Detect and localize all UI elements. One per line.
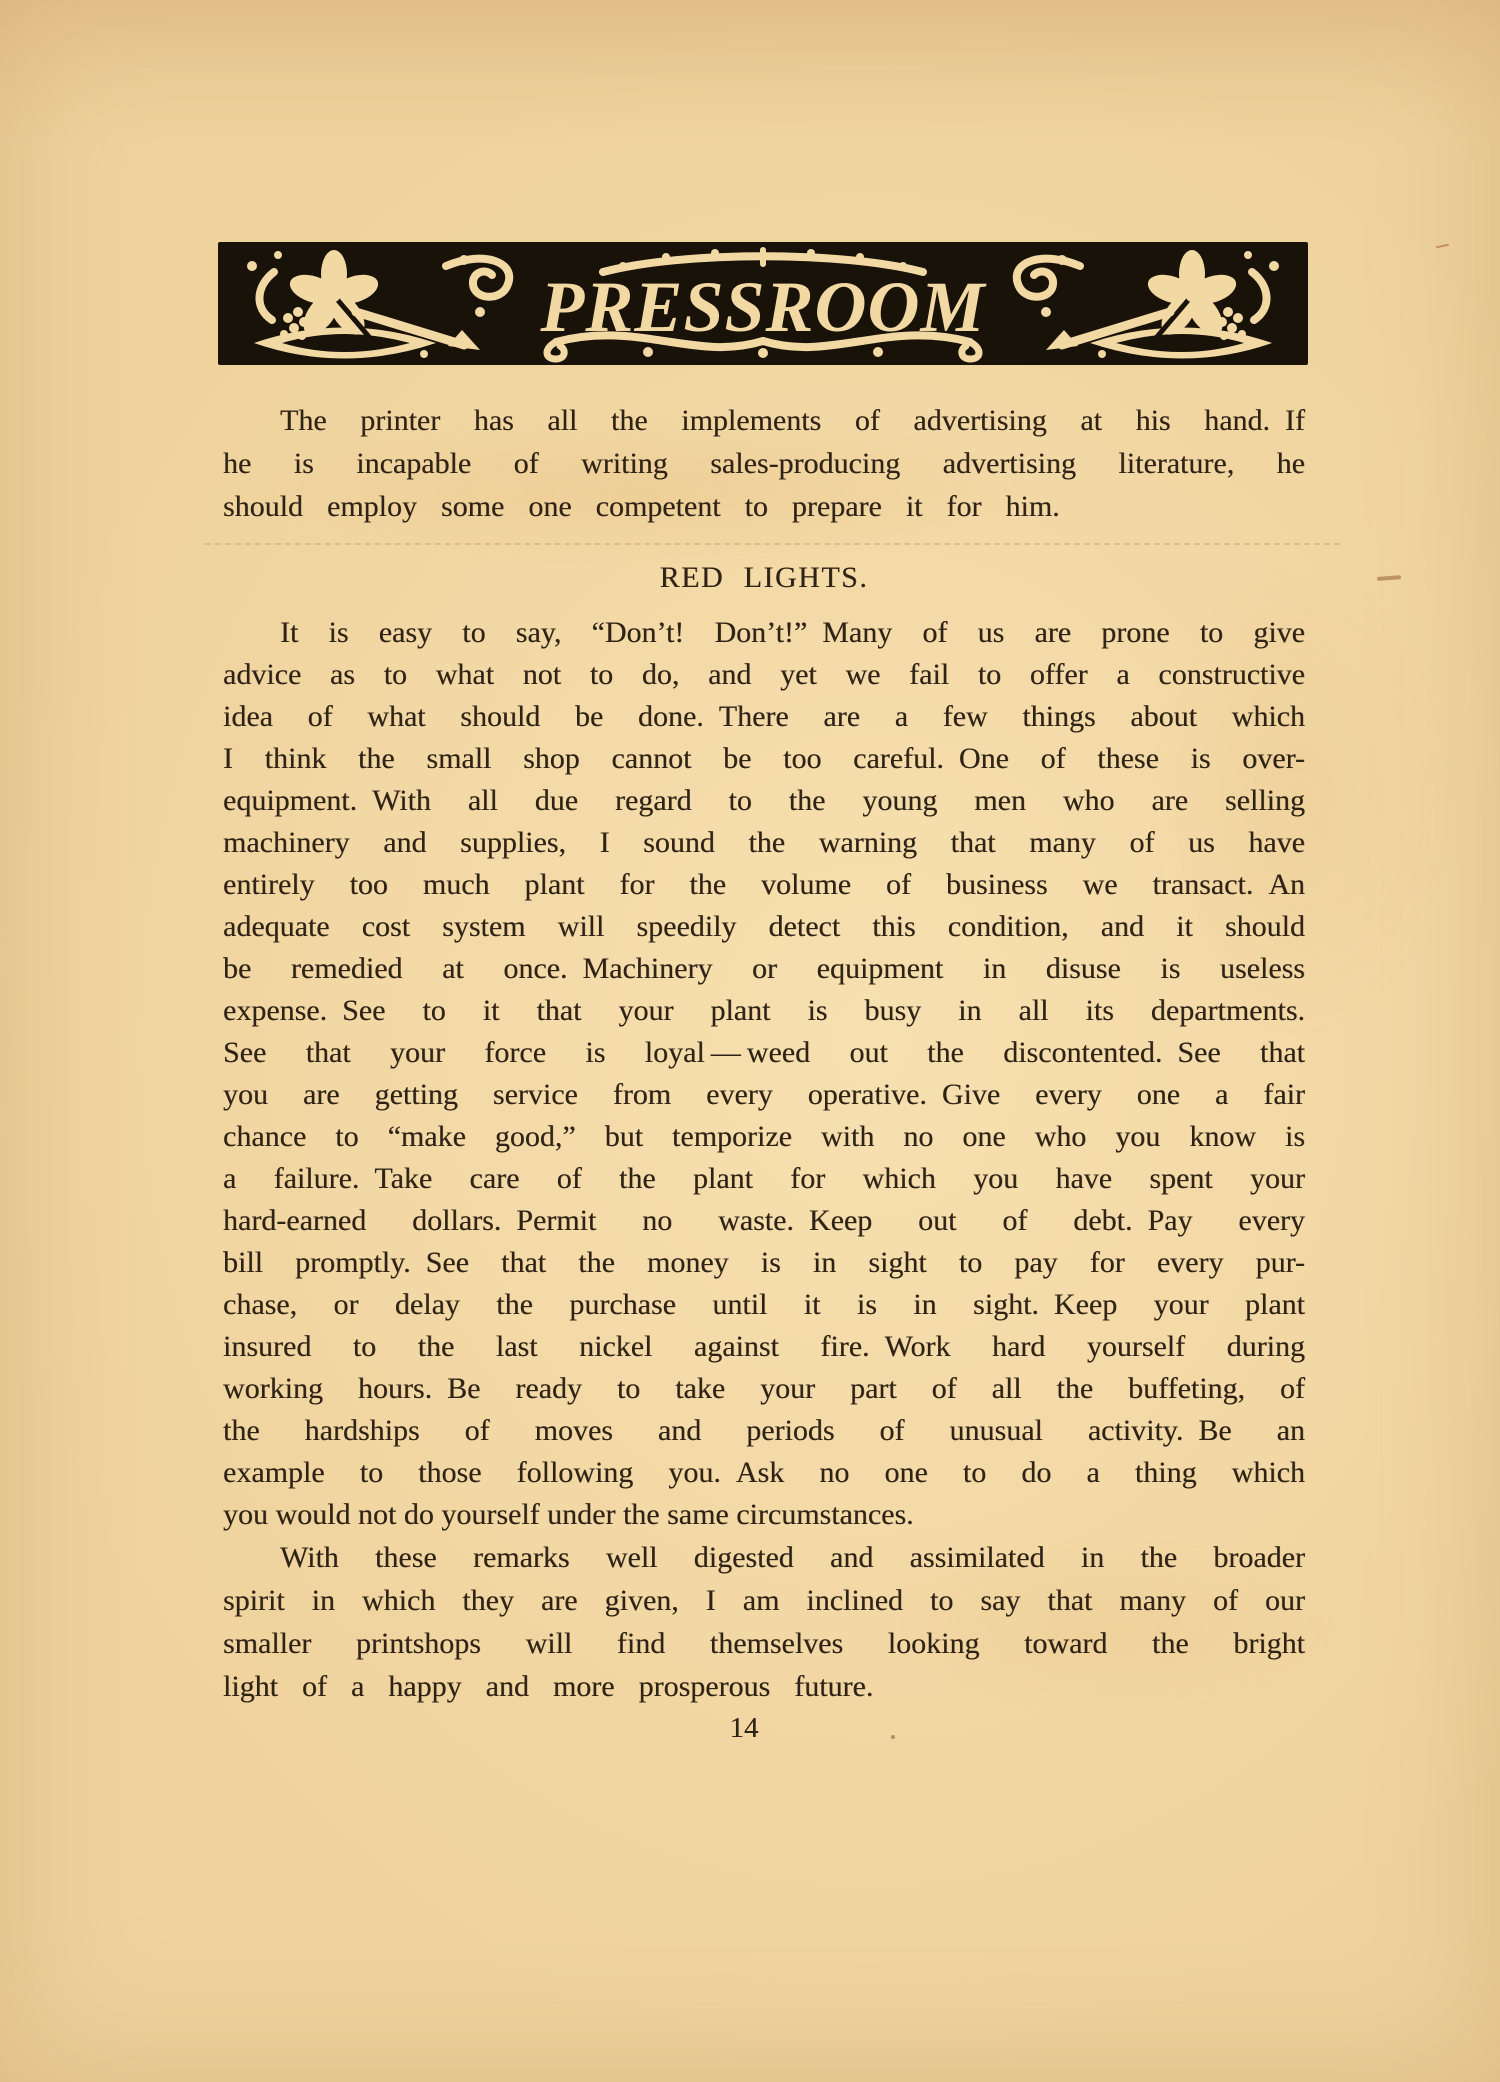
scan-artifact-line <box>205 543 1340 545</box>
pressroom-header-banner: PRESSROOM <box>218 242 1308 365</box>
closing-paragraph: With these remarks well digested and ass… <box>223 1536 1305 1708</box>
text-line: should employ some one competent to prep… <box>223 485 1305 528</box>
text-line: I think the small shop cannot be too car… <box>223 738 1305 780</box>
text-line: you are getting service from every opera… <box>223 1074 1305 1116</box>
text-line: equipment. With all due regard to the yo… <box>223 780 1305 822</box>
text-line: machinery and supplies, I sound the warn… <box>223 822 1305 864</box>
text-line: be remedied at once. Machinery or equipm… <box>223 948 1305 990</box>
red-lights-paragraph: It is easy to say, “Don’t! Don’t!” Many … <box>223 612 1305 1536</box>
text-line: spirit in which they are given, I am inc… <box>223 1579 1305 1622</box>
text-line: hard-earned dollars. Permit no waste. Ke… <box>223 1200 1305 1242</box>
text-line: a failure. Take care of the plant for wh… <box>223 1158 1305 1200</box>
text-line: light of a happy and more prosperous fut… <box>223 1665 1305 1708</box>
scan-artifact-mark <box>1377 575 1401 581</box>
text-line: chance to “make good,” but temporize wit… <box>223 1116 1305 1158</box>
banner-artwork: PRESSROOM <box>218 242 1308 365</box>
text-line: you would not do yourself under the same… <box>223 1494 1305 1536</box>
banner-title: PRESSROOM <box>539 267 987 347</box>
text-line: adequate cost system will speedily detec… <box>223 906 1305 948</box>
text-line: insured to the last nickel against fire.… <box>223 1326 1305 1368</box>
text-line: expense. See to it that your plant is bu… <box>223 990 1305 1032</box>
scanned-page: PRESSROOM The printer has all the implem… <box>0 0 1500 2082</box>
text-line: working hours. Be ready to take your par… <box>223 1368 1305 1410</box>
text-line: See that your force is loyal — weed out … <box>223 1032 1305 1074</box>
scan-artifact-scratch <box>1436 244 1449 249</box>
page-number: 14 <box>203 1712 1285 1745</box>
text-line: smaller printshops will find themselves … <box>223 1622 1305 1665</box>
text-line: idea of what should be done. There are a… <box>223 696 1305 738</box>
text-line: chase, or delay the purchase until it is… <box>223 1284 1305 1326</box>
text-line: entirely too much plant for the volume o… <box>223 864 1305 906</box>
text-line: The printer has all the implements of ad… <box>223 399 1305 442</box>
text-line: With these remarks well digested and ass… <box>223 1536 1305 1579</box>
text-line: bill promptly. See that the money is in … <box>223 1242 1305 1284</box>
text-line: advice as to what not to do, and yet we … <box>223 654 1305 696</box>
section-heading: RED LIGHTS. <box>223 556 1305 599</box>
text-line: he is incapable of writing sales-produci… <box>223 442 1305 485</box>
intro-paragraph: The printer has all the implements of ad… <box>223 399 1305 528</box>
text-line: example to those following you. Ask no o… <box>223 1452 1305 1494</box>
text-line: the hardships of moves and periods of un… <box>223 1410 1305 1452</box>
text-line: It is easy to say, “Don’t! Don’t!” Many … <box>223 612 1305 654</box>
